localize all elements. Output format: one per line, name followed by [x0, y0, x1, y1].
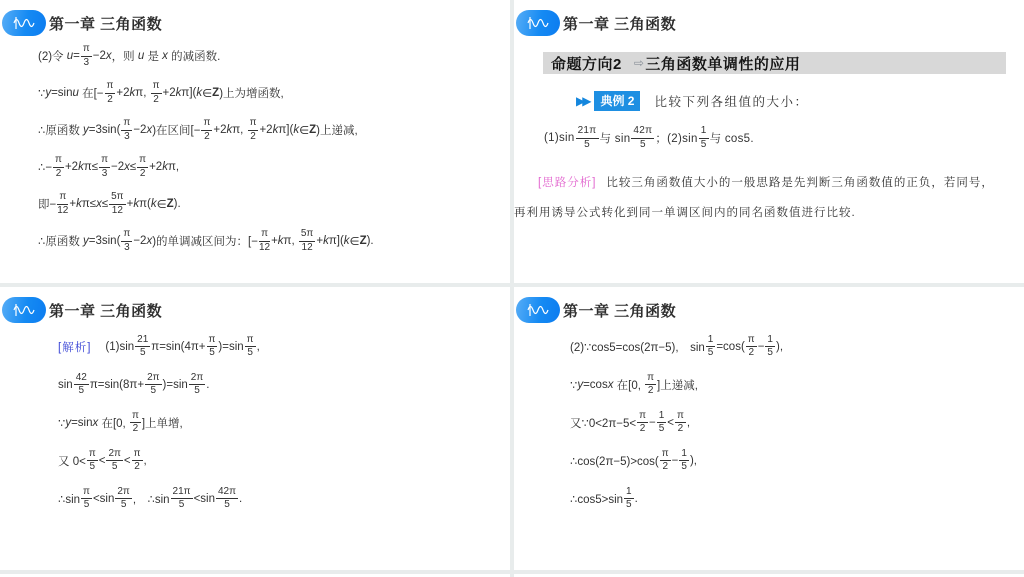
- fraction: 425: [74, 373, 89, 397]
- math-line: ∵y=sinu 在[−π2+2kπ, π2+2kπ](k∈Z)上为增函数,: [38, 80, 504, 106]
- math-text: ≤: [102, 198, 108, 210]
- slide-cell-bottom-left[interactable]: 第一章 三角函数 [解析](1)sin215π=sin(4π+π5)=sinπ5…: [0, 287, 510, 570]
- math-line: 又 0<π5<2π5<π2,: [58, 446, 504, 475]
- math-line: [思路分析]比较三角函数值大小的一般思路是先判断三角函数值的正负，若同号，: [538, 174, 1024, 190]
- fraction: 15: [765, 335, 775, 359]
- math-text: −2: [93, 50, 106, 62]
- fraction: π2: [248, 118, 259, 142]
- math-text: ),: [690, 455, 697, 467]
- math-text: =3sin(: [89, 235, 121, 247]
- math-text: π,: [284, 235, 298, 247]
- banner-arrow-icon: ⇨: [634, 56, 645, 70]
- math-line: 即−π12+kπ≤x≤5π12+kπ(k∈Z).: [38, 191, 504, 217]
- math-text: ∴sin: [58, 492, 80, 506]
- math-line: ∴cos5>sin15.: [570, 484, 1018, 513]
- math-text: ∈: [157, 197, 167, 211]
- math-text: 的减函数.: [168, 48, 220, 64]
- math-text: 在[0,: [613, 377, 644, 393]
- fraction: π5: [87, 449, 98, 473]
- math-text: −2: [111, 161, 124, 173]
- math-text: <: [667, 417, 674, 429]
- banner-title: 三角函数单调性的应用: [645, 53, 800, 74]
- math-text: ),: [776, 341, 783, 353]
- fraction: 42π5: [216, 487, 238, 511]
- example-row: ▶▶ 典例 2 比较下列各组值的大小：: [576, 91, 1024, 111]
- math-text: Z: [309, 124, 316, 136]
- math-line: 再利用诱导公式转化到同一单调区间内的同名函数值进行比较.: [514, 204, 1024, 220]
- math-text: )上为增函数,: [219, 85, 284, 101]
- slide-title: 第一章 三角函数: [49, 13, 162, 34]
- slide-body: (2)∵cos5=cos(2π−5), sin15=cos(π2−15),∵y=…: [514, 323, 1024, 513]
- fraction: π2: [151, 81, 162, 105]
- math-line: (2)∵cos5=cos(2π−5), sin15=cos(π2−15),: [570, 332, 1018, 361]
- math-text: π≤: [82, 198, 96, 210]
- math-line: ∴−π2+2kπ≤π3−2x≤π2+2kπ,: [38, 154, 504, 180]
- math-text: Z: [360, 235, 367, 247]
- math-text: π](: [181, 87, 196, 99]
- fraction: 15: [657, 411, 667, 435]
- math-text: 在[−: [79, 85, 104, 101]
- math-text: +2: [259, 124, 272, 136]
- example-badge: 典例 2: [594, 91, 640, 111]
- math-line: ∴cos(2π−5)>cos(π2−15),: [570, 446, 1018, 475]
- slide-grid-page: 第一章 三角函数 (2)令 u=π3−2x，则 u 是 x 的减函数.∵y=si…: [0, 0, 1024, 577]
- fraction: 42π5: [631, 126, 654, 150]
- fraction: π2: [645, 373, 656, 397]
- math-text: π(: [139, 198, 151, 210]
- math-text: .: [206, 379, 209, 391]
- math-text: π,: [135, 87, 149, 99]
- slide-cell-top-left[interactable]: 第一章 三角函数 (2)令 u=π3−2x，则 u 是 x 的减函数.∵y=si…: [0, 0, 510, 283]
- math-text: 与 sin: [600, 130, 631, 146]
- math-line: [解析](1)sin215π=sin(4π+π5)=sinπ5,: [58, 332, 504, 361]
- math-line: (1)sin21π5与 sin42π5；(2)sin15与 cos5.: [544, 123, 1024, 153]
- math-text: <: [124, 455, 131, 467]
- fraction: 5π12: [299, 229, 315, 253]
- math-text: −2: [133, 124, 146, 136]
- math-text: −2: [133, 235, 146, 247]
- fraction: 15: [699, 126, 709, 150]
- math-text: )在区间[−: [152, 122, 200, 138]
- math-text: =: [73, 50, 80, 62]
- math-text: 即−: [38, 196, 56, 212]
- example-prompt: 比较下列各组值的大小：: [654, 92, 808, 110]
- fraction: π2: [675, 411, 686, 435]
- double-play-arrows-icon: ▶▶: [576, 94, 588, 108]
- math-line: ∵y=cosx 在[0, π2]上递减,: [570, 370, 1018, 399]
- math-text: =cos: [583, 379, 608, 391]
- slide-body: 命题方向2 ⇨ 三角函数单调性的应用 ▶▶ 典例 2 比较下列各组值的大小： (…: [514, 52, 1024, 220]
- math-text: <sin: [93, 493, 114, 505]
- math-text: −: [649, 417, 656, 429]
- fraction: π2: [660, 449, 671, 473]
- slide-header: 第一章 三角函数: [514, 10, 1024, 36]
- math-text: π](: [329, 235, 344, 247]
- fraction: π5: [245, 335, 256, 359]
- slide-cell-top-right[interactable]: 第一章 三角函数 命题方向2 ⇨ 三角函数单调性的应用 ▶▶ 典例 2 比较下列…: [514, 0, 1024, 283]
- math-text: ∴cos5>sin: [570, 492, 623, 506]
- fraction: π5: [207, 335, 218, 359]
- math-text: +: [271, 235, 278, 247]
- math-text: +: [127, 198, 134, 210]
- math-text: , ∴sin: [133, 491, 170, 507]
- math-text: (1)sin: [544, 132, 575, 144]
- math-text: )上递减,: [316, 122, 358, 138]
- math-text: 在[0,: [98, 415, 129, 431]
- fraction: π2: [130, 411, 141, 435]
- fraction: π12: [259, 229, 270, 253]
- slide-header: 第一章 三角函数: [0, 297, 510, 323]
- sine-wave-icon: [516, 297, 560, 323]
- math-text: +2: [163, 87, 176, 99]
- math-text: 是: [144, 48, 162, 64]
- sine-wave-icon: [516, 10, 560, 36]
- fraction: π2: [746, 335, 757, 359]
- fraction: 21π5: [576, 126, 599, 150]
- slide-cell-bottom-right[interactable]: 第一章 三角函数 (2)∵cos5=cos(2π−5), sin15=cos(π…: [514, 287, 1024, 570]
- math-text: ]上递减,: [657, 377, 698, 393]
- fraction: π2: [105, 81, 116, 105]
- math-text: Z: [212, 87, 219, 99]
- fraction: π3: [99, 155, 110, 179]
- math-text: )=sin: [218, 341, 243, 353]
- math-text: sin: [58, 379, 73, 391]
- math-text: π,: [168, 161, 179, 173]
- math-text: +2: [149, 161, 162, 173]
- fraction: 21π5: [171, 487, 193, 511]
- math-text: ∈: [202, 86, 212, 100]
- fraction: 2π5: [189, 373, 205, 397]
- slide-lines: (1)sin21π5与 sin42π5；(2)sin15与 cos5.[思路分析…: [514, 123, 1024, 220]
- fraction: π12: [57, 192, 68, 216]
- math-text: +2: [65, 161, 78, 173]
- math-text: ∴原函数: [38, 233, 83, 249]
- math-text: ).: [174, 198, 181, 210]
- fraction: 2π5: [145, 373, 161, 397]
- math-text: ]上单增,: [142, 415, 183, 431]
- math-text: (2)令: [38, 48, 67, 64]
- math-text: π,: [232, 124, 246, 136]
- slide-title: 第一章 三角函数: [49, 300, 162, 321]
- analysis-tag: [思路分析]: [538, 174, 596, 190]
- fraction: π2: [132, 449, 143, 473]
- math-text: =sin: [51, 87, 72, 99]
- fraction: 2π5: [115, 487, 131, 511]
- math-text: +2: [116, 87, 129, 99]
- math-text: 又 0<: [58, 453, 86, 469]
- math-line: ∵y=sinx 在[0, π2]上单增,: [58, 408, 504, 437]
- math-text: 又∵0<2π−5<: [570, 415, 636, 431]
- banner-label: 命题方向2: [551, 53, 622, 74]
- fraction: 215: [135, 335, 150, 359]
- math-text: ∴原函数: [38, 122, 83, 138]
- math-text: ).: [367, 235, 374, 247]
- fraction: π2: [53, 155, 64, 179]
- fraction: π3: [121, 118, 132, 142]
- topic-banner: 命题方向2 ⇨ 三角函数单调性的应用: [543, 52, 1006, 74]
- fraction: π2: [201, 118, 212, 142]
- math-line: ∴原函数 y=3sin(π3−2x)在区间[−π2+2kπ, π2+2kπ](k…: [38, 117, 504, 143]
- math-text: (1)sin: [105, 341, 134, 353]
- math-line: 又∵0<2π−5<π2−15<π2,: [570, 408, 1018, 437]
- math-text: ；(2)sin: [655, 130, 697, 146]
- math-text: ,: [687, 417, 690, 429]
- math-text: −: [758, 341, 765, 353]
- fraction: 15: [706, 335, 716, 359]
- math-text: 比较三角函数值大小的一般思路是先判断三角函数值的正负，若同号，: [606, 174, 994, 190]
- math-text: +: [316, 235, 323, 247]
- fraction: 15: [624, 487, 634, 511]
- fraction: 5π12: [109, 192, 125, 216]
- math-text: +: [69, 198, 76, 210]
- math-text: ，则: [112, 48, 138, 64]
- math-text: 与 cos5.: [710, 130, 754, 146]
- fraction: π2: [137, 155, 148, 179]
- slide-title: 第一章 三角函数: [563, 300, 676, 321]
- fraction: π3: [121, 229, 132, 253]
- math-text: .: [239, 493, 242, 505]
- math-text: π≤: [84, 161, 98, 173]
- math-text: =cos(: [716, 341, 744, 353]
- math-line: (2)令 u=π3−2x，则 u 是 x 的减函数.: [38, 43, 504, 69]
- slide-body: (2)令 u=π3−2x，则 u 是 x 的减函数.∵y=sinu 在[−π2+…: [0, 36, 510, 254]
- fraction: π5: [81, 487, 92, 511]
- fraction: 2π5: [106, 449, 122, 473]
- math-text: π=sin(8π+: [90, 379, 144, 391]
- math-text: Z: [167, 198, 174, 210]
- math-text: ∈: [350, 234, 360, 248]
- fraction: π3: [81, 44, 92, 68]
- slide-title: 第一章 三角函数: [563, 13, 676, 34]
- math-text: 再利用诱导公式转化到同一单调区间内的同名函数值进行比较.: [514, 204, 856, 220]
- slide-header: 第一章 三角函数: [0, 10, 510, 36]
- sine-wave-icon: [2, 10, 46, 36]
- math-line: ∴原函数 y=3sin(π3−2x)的单调减区间为：[−π12+kπ, 5π12…: [38, 228, 504, 254]
- math-text: ∴−: [38, 160, 52, 174]
- math-text: ≤: [130, 161, 136, 173]
- sine-wave-icon: [2, 297, 46, 323]
- math-text: −: [672, 455, 679, 467]
- math-text: ,: [257, 341, 260, 353]
- math-line: ∴sinπ5<sin2π5, ∴sin21π5<sin42π5.: [58, 484, 504, 513]
- math-text: +2: [213, 124, 226, 136]
- math-text: )的单调减区间为：[−: [152, 233, 258, 249]
- math-text: )=sin: [163, 379, 188, 391]
- math-text: ∈: [299, 123, 309, 137]
- math-text: .: [635, 493, 638, 505]
- fraction: π2: [637, 411, 648, 435]
- math-line: sin425π=sin(8π+2π5)=sin2π5.: [58, 370, 504, 399]
- slide-body: [解析](1)sin215π=sin(4π+π5)=sinπ5,sin425π=…: [0, 323, 510, 513]
- math-text: <sin: [194, 493, 215, 505]
- math-text: ,: [144, 455, 147, 467]
- math-text: =3sin(: [89, 124, 121, 136]
- math-text: π=sin(4π+: [151, 341, 205, 353]
- slide-header: 第一章 三角函数: [514, 297, 1024, 323]
- math-text: π](: [278, 124, 293, 136]
- math-text: ∴cos(2π−5)>cos(: [570, 454, 659, 468]
- math-text: =sin: [71, 417, 92, 429]
- math-text: (2)∵cos5=cos(2π−5), sin: [570, 339, 705, 355]
- fraction: 15: [679, 449, 689, 473]
- math-text: <: [99, 455, 106, 467]
- explain-tag: [解析]: [58, 339, 91, 355]
